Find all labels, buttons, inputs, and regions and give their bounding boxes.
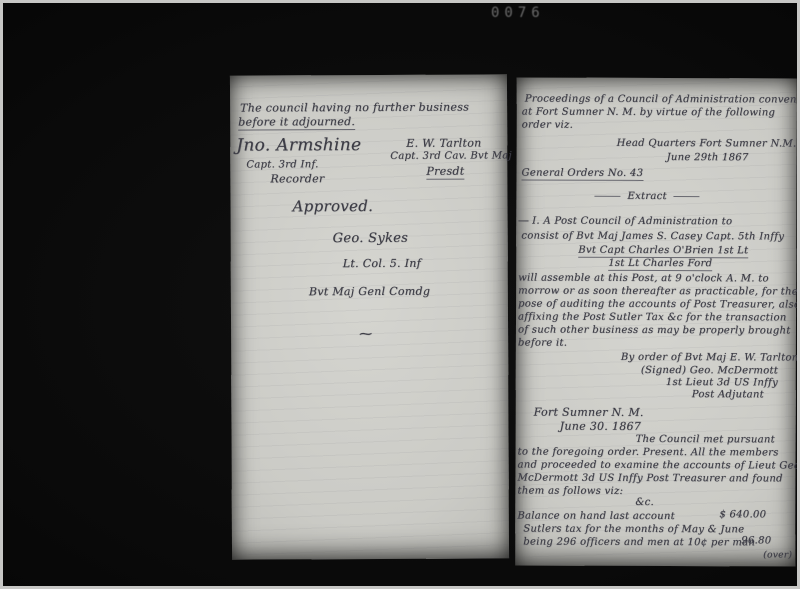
signed-line: (Signed) Geo. McDermott [641,365,778,376]
signed-title: Post Adjutant [692,389,764,400]
manuscript-line: ― I. A Post Council of Administration to [518,216,732,228]
manuscript-line: pose of auditing the accounts of Post Tr… [518,299,800,311]
manuscript-line: McDermott 3d US Inffy Post Treasurer and… [517,473,782,485]
commander-rank: Lt. Col. 5. Inf [343,257,421,270]
order-date: June 29th 1867 [667,152,749,163]
manuscript-line: will assemble at this Post, at 9 o'clock… [518,273,769,285]
extract-heading: Extract [594,191,699,202]
headquarters-heading: Head Quarters Fort Sumner N.M. [617,138,797,150]
recorder-signature: Jno. Armshine [236,135,361,156]
signed-rank: 1st Lieut 3d US Inffy [666,377,778,388]
manuscript-line: to the foregoing order. Present. All the… [518,447,779,459]
over-note: (over) [763,550,792,560]
general-order-number: General Orders No. 43 [521,168,643,181]
account-amount: $ 640.00 [719,509,766,520]
manuscript-line: of such other business as may be properl… [518,325,791,337]
by-order-line: By order of Bvt Maj E. W. Tarlton [621,352,799,364]
manuscript-line: before it. [518,338,567,349]
recorder-rank: Capt. 3rd Inf. [246,159,318,170]
account-label: Sutlers tax for the months of May & June [523,524,744,536]
account-amount: 96.80 [741,535,771,546]
council-member: Bvt Capt Charles O'Brien 1st Lt [578,245,748,259]
etc-mark: &c. [635,497,654,508]
manuscript-line: The council having no further business [240,101,469,115]
president-rank: Capt. 3rd Cav. Bvt Maj [390,150,512,162]
council-member: 1st Lt Charles Ford [608,258,712,271]
manuscript-line: morrow or as soon thereafter as practica… [518,286,800,298]
recorder-title: Recorder [270,172,324,185]
frame-counter: 0076 [491,5,545,21]
manuscript-line: and proceeded to examine the accounts of… [517,460,800,472]
manuscript-line: before it adjourned. [238,115,355,131]
account-label: being 296 officers and men at 10¢ per ma… [523,537,755,549]
manuscript-left-page: The council having no further business b… [230,74,509,559]
president-signature: E. W. Tarlton [406,137,481,150]
approved-label: Approved. [292,197,373,215]
manuscript-right-page: Proceedings of a Council of Administrati… [515,78,797,567]
rule-line [594,196,620,197]
ink-flourish: ⁓ [359,327,372,342]
manuscript-line: The Council met pursuant [636,434,775,445]
place-line: Fort Sumner N. M. [534,406,644,419]
manuscript-line: at Fort Sumner N. M. by virtue of the fo… [522,107,775,119]
manuscript-line: order viz. [522,120,573,131]
manuscript-line: them as follows viz: [517,486,623,497]
microfilm-scan-frame: 0076 The council having no further busin… [0,0,800,589]
manuscript-line: affixing the Post Sutler Tax &c for the … [518,312,787,324]
date-line: June 30. 1867 [560,420,642,433]
manuscript-line: Proceedings of a Council of Administrati… [525,94,800,106]
commander-signature: Geo. Sykes [333,231,409,246]
account-label: Balance on hand last account [517,511,675,523]
manuscript-line: consist of Bvt Maj James S. Casey Capt. … [521,231,784,243]
president-title: Presdt [426,165,464,180]
rule-line [674,196,700,197]
commander-title: Bvt Maj Genl Comdg [309,285,430,299]
